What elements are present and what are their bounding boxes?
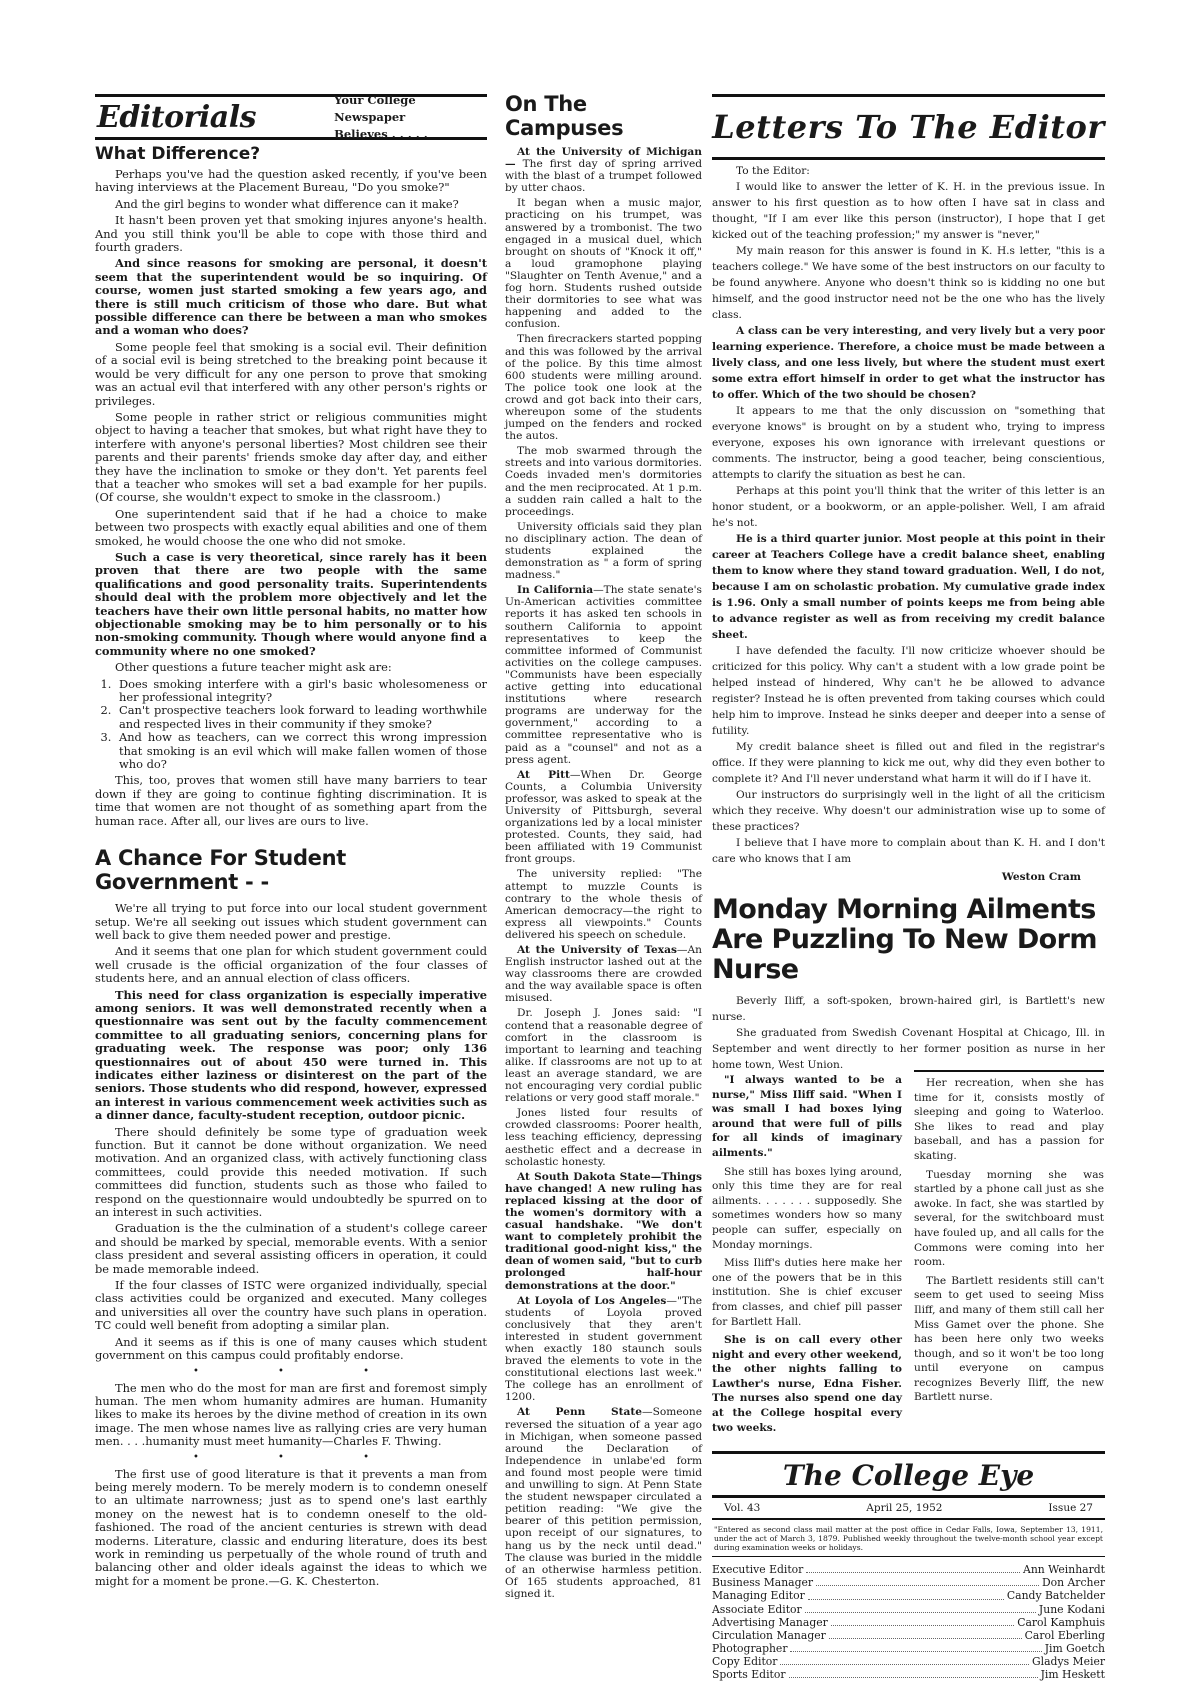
section-separator: • • • (113, 1452, 487, 1463)
nurse-right-column: Her recreation, when she has time for it… (914, 1070, 1104, 1439)
article-paragraph: Tuesday morning she was startled by a ph… (914, 1168, 1104, 1270)
article-paragraph: Such a case is very theoretical, since r… (95, 551, 487, 658)
article-paragraph: Some people feel that smoking is a socia… (95, 341, 487, 408)
article-paragraph: This, too, proves that women still have … (95, 774, 487, 828)
editorials-tagline: Your College Newspaper Believes . . . . … (334, 92, 487, 143)
article-paragraph: One superintendent said that if he had a… (95, 508, 487, 548)
campus-item: The mob swarmed through the streets and … (505, 445, 702, 518)
staff-row: Executive EditorAnn Weinhardt (712, 1563, 1105, 1576)
campus-item: University officials said they plan no d… (505, 521, 702, 581)
section-separator: • • • (113, 1366, 487, 1377)
college-eye-masthead: The College Eye Vol. 43 April 25, 1952 I… (712, 1451, 1105, 1681)
letter-paragraph: I have defended the faculty. I'll now cr… (712, 643, 1105, 739)
article-paragraph: There should definitely be some type of … (95, 1126, 487, 1220)
article-paragraph: If the four classes of ISTC were organiz… (95, 1279, 487, 1333)
staff-row: Circulation ManagerCarol Eberling (712, 1629, 1105, 1642)
nurse-body: "I always wanted to be a nurse," Miss Il… (712, 1073, 1105, 1439)
article-paragraph: And since reasons for smoking are person… (95, 257, 487, 337)
what-difference-headline: What Difference? (95, 144, 487, 164)
article-paragraph: And it seems as if this is one of many c… (95, 1336, 487, 1363)
campus-item: At South Dakota State—Things have change… (505, 1171, 702, 1292)
nurse-headline: Monday Morning Ailments Are Puzzling To … (712, 895, 1105, 985)
issue-info: Vol. 43 April 25, 1952 Issue 27 (712, 1498, 1105, 1520)
staff-row: Copy EditorGladys Meier (712, 1655, 1105, 1668)
list-item: Does smoking interfere with a girl's bas… (115, 678, 487, 705)
article-paragraph: The Bartlett residents still can't seem … (914, 1274, 1104, 1405)
campus-item: Dr. Joseph J. Jones said: "I contend tha… (505, 1007, 702, 1104)
letter-paragraph: Our instructors do surprisingly well in … (712, 787, 1105, 835)
article-paragraph: "I always wanted to be a nurse," Miss Il… (712, 1073, 902, 1161)
article-paragraph: And it seems that one plan for which stu… (95, 945, 487, 985)
letter-paragraph: Perhaps at this point you'll think that … (712, 483, 1105, 531)
letters-title: Letters To The Editor (712, 108, 1104, 146)
postal-note: "Entered as second class mail matter at … (712, 1520, 1105, 1557)
article-paragraph: This need for class organization is espe… (95, 989, 487, 1123)
staff-list: Executive EditorAnn Weinhardt Business M… (712, 1563, 1105, 1681)
quote-thwing: The men who do the most for man are firs… (95, 1382, 487, 1449)
nurse-left-column: "I always wanted to be a nurse," Miss Il… (712, 1073, 902, 1439)
staff-row: Associate EditorJune Kodani (712, 1603, 1105, 1616)
letter-paragraph: It appears to me that the only discussio… (712, 403, 1105, 483)
campus-item: Then firecrackers started popping and th… (505, 333, 702, 442)
staff-row: Business ManagerDon Archer (712, 1576, 1105, 1589)
letter-paragraph: I believe that I have more to complain a… (712, 835, 1105, 867)
article-paragraph: She is on call every other night and eve… (712, 1333, 902, 1435)
letter-paragraph: My credit balance sheet is filled out an… (712, 739, 1105, 787)
letters-masthead: Letters To The Editor (712, 94, 1105, 160)
article-paragraph: Some people in rather strict or religiou… (95, 411, 487, 505)
article-paragraph: She graduated from Swedish Covenant Hosp… (712, 1025, 1105, 1073)
campus-item: At the University of Texas—An English in… (505, 944, 702, 1004)
quote-chesterton: The first use of good literature is that… (95, 1468, 487, 1589)
editorials-column: Editorials Your College Newspaper Believ… (95, 94, 487, 1591)
issue-number: Issue 27 (1048, 1502, 1093, 1514)
list-item: Can't prospective teachers look forward … (115, 704, 487, 731)
campus-item: In California—The state senate's Un-Amer… (505, 584, 702, 765)
letter-paragraph: My main reason for this answer is found … (712, 243, 1105, 323)
newspaper-title: The College Eye (712, 1454, 1105, 1498)
article-paragraph: Her recreation, when she has time for it… (914, 1076, 1104, 1164)
editorials-title: Editorials (95, 100, 334, 135)
campus-item: At Penn State—Someone reversed the situa… (505, 1406, 702, 1600)
letter-paragraph: I would like to answer the letter of K. … (712, 179, 1105, 243)
campus-item: At Pitt—When Dr. George Counts, a Columb… (505, 769, 702, 866)
list-item: And how as teachers, can we correct this… (115, 731, 487, 771)
campuses-column: On The Campuses At the University of Mic… (505, 94, 702, 1603)
letter-paragraph: A class can be very interesting, and ver… (712, 323, 1105, 403)
editorials-masthead: Editorials Your College Newspaper Believ… (95, 94, 487, 140)
campus-item: It began when a music major, practicing … (505, 197, 702, 330)
article-paragraph: We're all trying to put force into our l… (95, 902, 487, 942)
article-paragraph: Graduation is the the culmination of a s… (95, 1222, 487, 1276)
article-paragraph: It hasn't been proven yet that smoking i… (95, 214, 487, 254)
campuses-headline: On The Campuses (505, 92, 702, 140)
issue-date: April 25, 1952 (866, 1502, 942, 1514)
nurse-intro: Beverly Iliff, a soft-spoken, brown-hair… (712, 993, 1105, 1073)
article-paragraph: Perhaps you've had the question asked re… (95, 168, 487, 195)
campus-item: At the University of Michigan— The first… (505, 146, 702, 194)
volume: Vol. 43 (724, 1502, 760, 1514)
campus-item: Jones listed four results of crowded cla… (505, 1107, 702, 1167)
letter-salutation: To the Editor: (712, 163, 1105, 179)
article-paragraph: Other questions a future teacher might a… (95, 661, 487, 674)
staff-row: Sports EditorJim Heskett (712, 1668, 1105, 1681)
right-column: Letters To The Editor To the Editor: I w… (712, 94, 1105, 1681)
article-paragraph: And the girl begins to wonder what diffe… (95, 198, 487, 211)
letter-signature: Weston Cram (712, 871, 1105, 883)
letter-body: To the Editor: I would like to answer th… (712, 163, 1105, 883)
article-paragraph: Beverly Iliff, a soft-spoken, brown-hair… (712, 993, 1105, 1025)
campus-item: The university replied: "The attempt to … (505, 868, 702, 941)
questions-list: Does smoking interfere with a girl's bas… (115, 678, 487, 772)
campus-item: At Loyola of Los Angeles—"The students o… (505, 1295, 702, 1404)
letter-paragraph: He is a third quarter junior. Most peopl… (712, 531, 1105, 643)
staff-row: Advertising ManagerCarol Kamphuis (712, 1616, 1105, 1629)
article-paragraph: Miss Iliff's duties here make her one of… (712, 1256, 902, 1329)
staff-row: Managing EditorCandy Batchelder (712, 1589, 1105, 1602)
student-government-headline: A Chance For Student Government - - (95, 846, 487, 894)
staff-row: PhotographerJim Goetch (712, 1642, 1105, 1655)
article-paragraph: She still has boxes lying around, only t… (712, 1165, 902, 1253)
